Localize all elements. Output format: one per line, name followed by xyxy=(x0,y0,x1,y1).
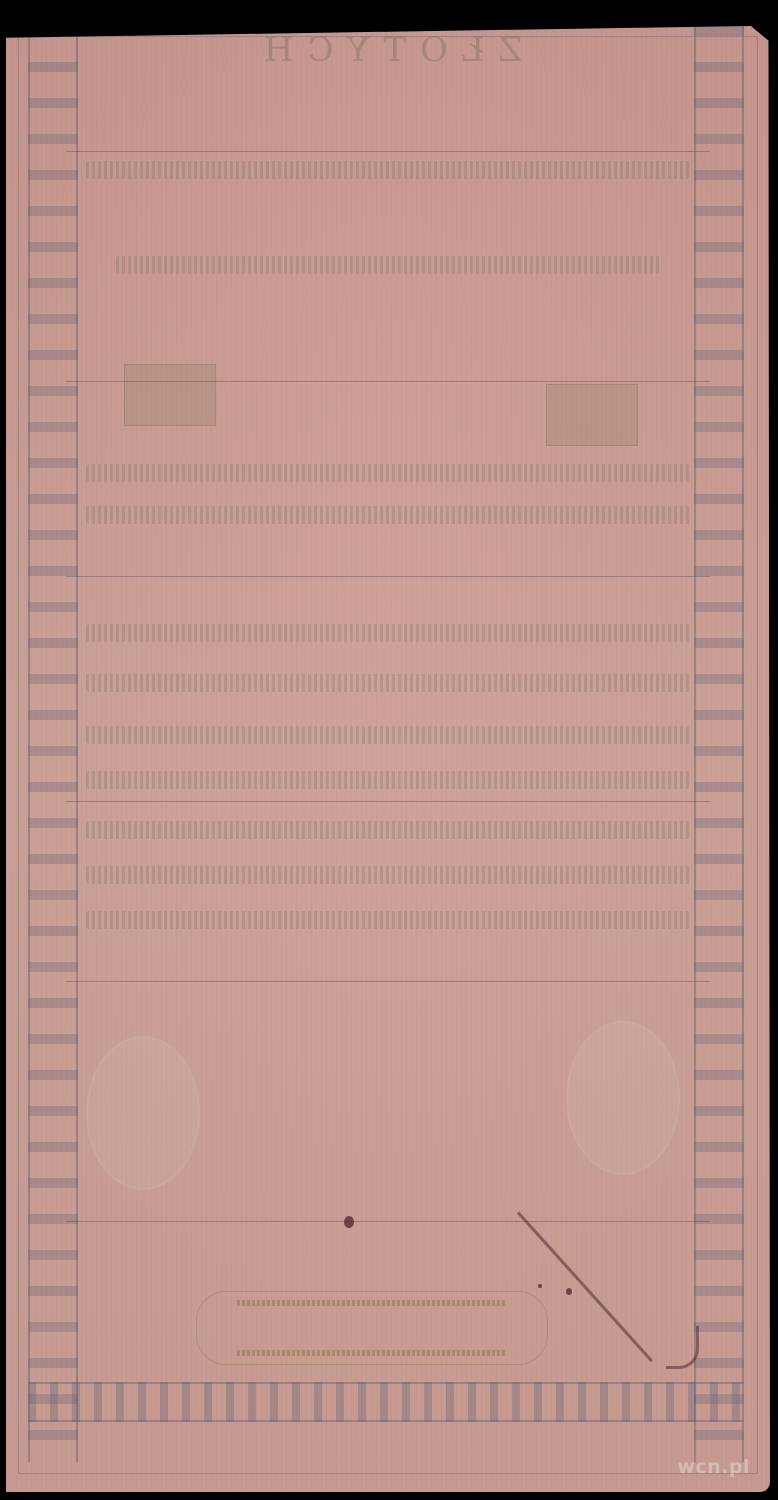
show-through-rule xyxy=(66,381,710,382)
show-through-text-line xyxy=(86,674,690,692)
right-ornamental-border xyxy=(694,26,744,1462)
bottom-ornamental-border xyxy=(28,1382,744,1422)
show-through-text-line xyxy=(116,256,660,274)
banknote: ZŁOTYCH xyxy=(6,26,770,1492)
show-through-text-line xyxy=(86,161,690,179)
show-through-seal-left xyxy=(86,1036,200,1190)
show-through-rule xyxy=(66,576,710,577)
cartouche-text-line xyxy=(237,1350,507,1356)
show-through-text-line xyxy=(86,866,690,884)
show-through-text-line xyxy=(86,771,690,789)
cartouche-text-line xyxy=(237,1300,507,1306)
show-through-rule xyxy=(66,981,710,982)
show-through-seal-right xyxy=(566,1021,680,1175)
ink-blot xyxy=(566,1288,572,1295)
ink-blot xyxy=(344,1216,354,1228)
show-through-text-line xyxy=(86,506,690,524)
show-through-rule xyxy=(66,801,710,802)
show-through-rule xyxy=(66,151,710,152)
show-through-title: ZŁOTYCH xyxy=(106,30,666,70)
show-through-denomination-box-left xyxy=(124,364,216,426)
show-through-text-line xyxy=(86,726,690,744)
outer-frame xyxy=(18,36,758,1474)
show-through-text-line xyxy=(86,821,690,839)
ink-blot xyxy=(538,1284,542,1288)
show-through-denomination-box-right xyxy=(546,384,638,446)
show-through-text-line xyxy=(86,464,690,482)
show-through-text-line xyxy=(86,624,690,642)
watermark-text: wcn.pl xyxy=(677,1456,750,1478)
show-through-rule xyxy=(66,1221,710,1222)
show-through-cartouche xyxy=(196,1291,548,1365)
left-ornamental-border xyxy=(28,26,78,1462)
show-through-text-line xyxy=(86,911,690,929)
